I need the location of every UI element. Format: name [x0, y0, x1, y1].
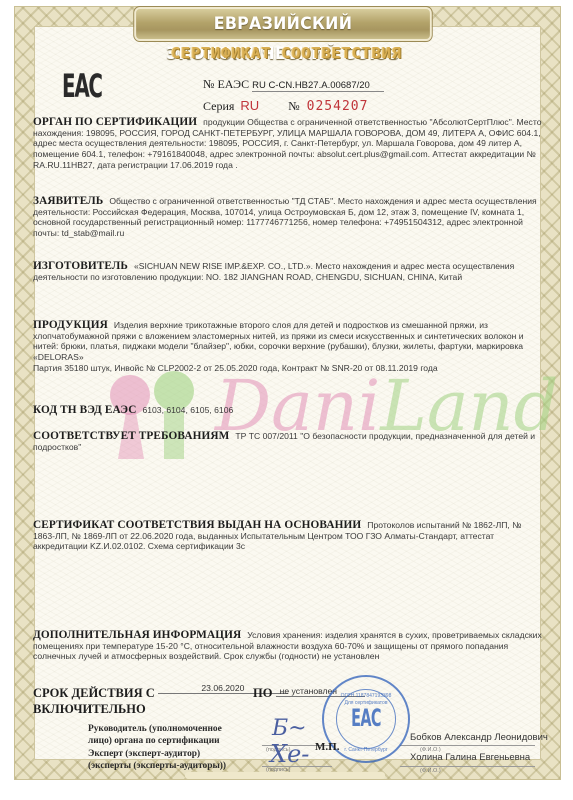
registration-label: № ЕАЭС: [203, 77, 249, 91]
section-manufacturer: ИЗГОТОВИТЕЛЬ«SICHUAN NEW RISE IMP.&EXP. …: [33, 261, 545, 282]
section-text: 6103, 6104, 6105, 6106: [142, 405, 233, 415]
number-value: 0254207: [307, 99, 369, 114]
section-heading: СЕРТИФИКАТ СООТВЕТСТВИЯ ВЫДАН НА ОСНОВАН…: [33, 519, 361, 531]
validity-from: СРОК ДЕЙСТВИЯ С 23.06.2020: [33, 686, 288, 701]
section-basis: СЕРТИФИКАТ СООТВЕТСТВИЯ ВЫДАН НА ОСНОВАН…: [33, 520, 545, 552]
head-name-line: [400, 745, 535, 746]
section-additional-info: ДОПОЛНИТЕЛЬНАЯ ИНФОРМАЦИЯУсловия хранени…: [33, 630, 545, 662]
section-certification-body: ОРГАН ПО СЕРТИФИКАЦИИпродукции Общества …: [33, 117, 545, 171]
stamp-eac-icon: EAC: [341, 704, 391, 732]
section-heading: КОД ТН ВЭД ЕАЭС: [33, 404, 136, 416]
section-heading: ПРОДУКЦИЯ: [33, 319, 108, 331]
validity-inclusive: ВКЛЮЧИТЕЛЬНО: [33, 702, 146, 717]
head-signature: Б~: [272, 716, 307, 741]
registration-number: № ЕАЭСRU C-CN.НВ27.А.00687/20: [203, 77, 384, 92]
series-label: Серия: [203, 99, 234, 113]
number-label: №: [288, 99, 299, 113]
section-heading: ЗАЯВИТЕЛЬ: [33, 195, 103, 207]
section-product: ПРОДУКЦИЯИзделия верхние трикотажные вто…: [33, 320, 545, 374]
name-caption: (Ф.И.О.): [420, 768, 441, 774]
series-value: RU: [240, 98, 259, 113]
section-heading: ДОПОЛНИТЕЛЬНАЯ ИНФОРМАЦИЯ: [33, 629, 241, 641]
printer-info-strip: [185, 772, 385, 779]
union-banner: ЕВРАЗИЙСКИЙ ЭКОНОМИЧЕСКИЙ СОЮЗ: [134, 7, 432, 41]
expert-signature: Хе-: [270, 740, 309, 768]
section-hs-code: КОД ТН ВЭД ЕАЭС6103, 6104, 6105, 6106: [33, 405, 545, 416]
head-signatory-label: Руководитель (уполномоченное лицо) орган…: [88, 724, 222, 747]
series-number: Серия RU № 0254207: [203, 98, 368, 114]
seal-label: М.П.: [315, 741, 339, 753]
expert-label: Эксперт (эксперт-аудитор) (эксперты (экс…: [88, 749, 226, 772]
section-heading: ОРГАН ПО СЕРТИФИКАЦИИ: [33, 116, 197, 128]
section-applicant: ЗАЯВИТЕЛЬОбщество с ограниченной ответст…: [33, 196, 545, 239]
registration-value: RU C-CN.НВ27.А.00687/20: [252, 80, 384, 92]
validity-to-label: ПО: [253, 686, 272, 700]
section-heading: СООТВЕТСТВУЕТ ТРЕБОВАНИЯМ: [33, 430, 229, 442]
section-heading: ИЗГОТОВИТЕЛЬ: [33, 260, 128, 272]
head-signatory-name: Бобков Александр Леонидович: [410, 732, 548, 743]
expert-name: Холина Галина Евгеньевна: [410, 752, 530, 763]
section-text: Общество с ограниченной ответственностью…: [33, 196, 537, 238]
expert-name-line: [400, 766, 535, 767]
eac-logo-icon: EAC: [62, 67, 102, 105]
validity-from-label: СРОК ДЕЙСТВИЯ С: [33, 686, 155, 700]
section-requirements: СООТВЕТСТВУЕТ ТРЕБОВАНИЯМТР ТС 007/2011 …: [33, 431, 545, 452]
product-batch: Партия 35180 штук, Инвойс № CLP2002-2 от…: [33, 363, 545, 374]
certificate-title: СЕРТИФИКАТ СООТВЕТСТВИЯ: [0, 44, 573, 62]
